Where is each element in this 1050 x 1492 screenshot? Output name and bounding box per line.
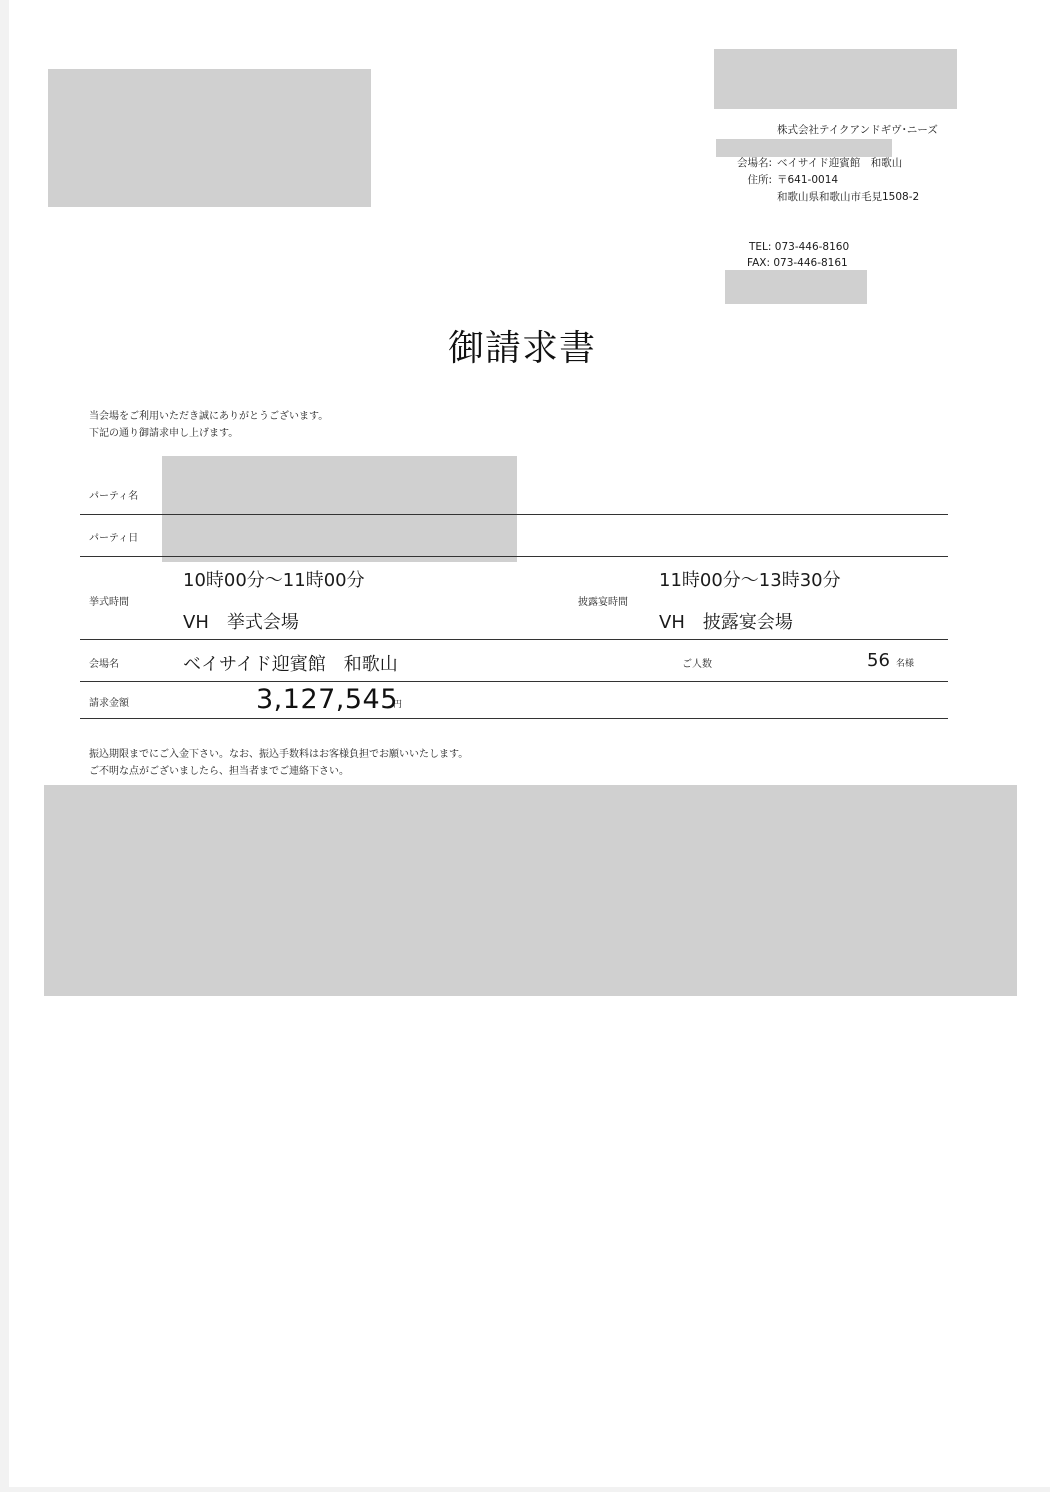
amount-label: 請求金額: [89, 694, 129, 709]
row-divider: [80, 681, 948, 682]
redacted-logo: [48, 69, 371, 207]
redacted-header-block: [714, 49, 957, 109]
amount-unit: 円: [393, 697, 402, 710]
party-name-label: パーティ名: [89, 487, 138, 502]
venue-label: 会場名: [89, 655, 119, 670]
issuer-postal: 〒641-0014: [777, 172, 838, 188]
ceremony-time: 10時00分～11時00分: [183, 566, 365, 592]
row-divider: [80, 639, 948, 640]
intro-line-1: 当会場をご利用いただき誠にありがとうございます。: [89, 408, 328, 425]
issuer-fax: FAX: 073-446-8161: [747, 255, 848, 271]
venue-value: ベイサイド迎賓館 和歌山: [183, 650, 398, 676]
guests-label: ご人数: [682, 655, 712, 670]
invoice-page: [9, 0, 1050, 1487]
page-title: 御請求書: [448, 320, 596, 371]
reception-time: 11時00分～13時30分: [659, 566, 841, 592]
row-divider: [80, 718, 948, 719]
row-divider: [80, 556, 948, 557]
intro-line-2: 下記の通り御請求申し上げます。: [89, 425, 238, 442]
note-line-1: 振込期限までにご入金下さい。なお、振込手数料はお客様負担でお願いいたします。: [89, 746, 468, 763]
issuer-company: 株式会社テイクアンドギヴ･ニーズ: [777, 122, 938, 138]
issuer-venue-label: 会場名:: [712, 155, 772, 171]
reception-label: 披露宴時間: [578, 593, 628, 608]
guests-unit: 名様: [896, 656, 914, 669]
reception-place: VH 披露宴会場: [659, 608, 793, 634]
redacted-party-info: [162, 456, 517, 562]
amount-value: 3,127,545: [256, 684, 398, 715]
ceremony-label: 挙式時間: [89, 593, 129, 608]
note-line-2: ご不明な点がございましたら、担当者までご連絡下さい。: [89, 763, 349, 780]
guests-value: 56: [867, 650, 890, 671]
issuer-tel: TEL: 073-446-8160: [749, 239, 849, 255]
issuer-venue: ベイサイド迎賓館 和歌山: [777, 155, 902, 171]
issuer-address: 和歌山県和歌山市毛見1508-2: [777, 189, 919, 205]
redacted-bank-info: [44, 785, 1017, 996]
row-divider: [80, 514, 948, 515]
issuer-address-label: 住所:: [712, 172, 772, 188]
party-date-label: パーティ日: [89, 529, 138, 544]
redacted-stamp: [725, 270, 867, 304]
ceremony-place: VH 挙式会場: [183, 608, 299, 634]
